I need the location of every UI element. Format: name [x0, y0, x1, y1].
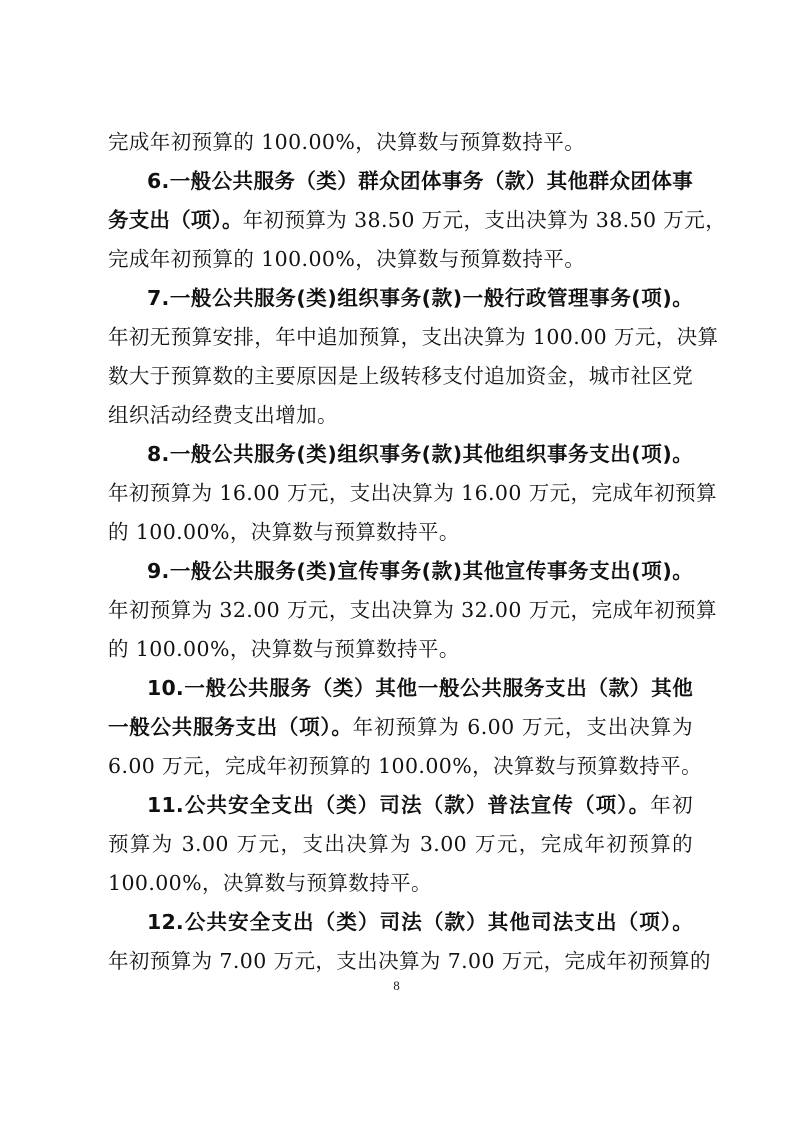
paragraph-line: 年初预算为 7.00 万元，支出决算为 7.00 万元，完成年初预算的	[108, 944, 693, 978]
document-page: 完成年初预算的 100.00%，决算数与预算数持平。 6.一般公共服务（类）群众…	[0, 0, 793, 1122]
heading-text: 10.一般公共服务（类）其他一般公共服务支出（款）其他	[147, 676, 693, 700]
paragraph-line: 年初预算为 32.00 万元，支出决算为 32.00 万元，完成年初预算	[108, 593, 693, 627]
heading-text: 务支出（项）。	[108, 208, 243, 232]
body-text: 年初	[650, 793, 693, 817]
item-9-heading: 9.一般公共服务(类)宣传事务(款)其他宣传事务支出(项)。	[147, 554, 693, 588]
paragraph-line: 100.00%，决算数与预算数持平。	[108, 866, 693, 900]
paragraph-line: 6.00 万元，完成年初预算的 100.00%，决算数与预算数持平。	[108, 749, 693, 783]
body-text: 年初预算为 16.00 万元，支出决算为 16.00 万元，完成年初预算	[108, 481, 717, 505]
body-text: 年初预算为 32.00 万元，支出决算为 32.00 万元，完成年初预算	[108, 598, 717, 622]
item-11-heading: 11.公共安全支出（类）司法（款）普法宣传（项）。年初	[147, 788, 693, 822]
heading-text: 8.一般公共服务(类)组织事务(款)其他组织事务支出(项)。	[147, 442, 693, 466]
paragraph-line: 年初预算为 16.00 万元，支出决算为 16.00 万元，完成年初预算	[108, 476, 693, 510]
heading-text: 11.公共安全支出（类）司法（款）普法宣传（项）。	[147, 793, 650, 817]
paragraph-line: 的 100.00%，决算数与预算数持平。	[108, 515, 693, 549]
body-text: 数大于预算数的主要原因是上级转移支付追加资金，城市社区党	[108, 364, 693, 388]
body-text: 年初预算为 38.50 万元，支出决算为 38.50 万元，	[243, 208, 726, 232]
paragraph-line: 完成年初预算的 100.00%，决算数与预算数持平。	[108, 125, 693, 159]
body-text: 年初预算为 7.00 万元，支出决算为 7.00 万元，完成年初预算的	[108, 949, 711, 973]
body-text: 完成年初预算的 100.00%，决算数与预算数持平。	[108, 247, 585, 271]
body-text: 100.00%，决算数与预算数持平。	[108, 871, 432, 895]
paragraph-line: 预算为 3.00 万元，支出决算为 3.00 万元，完成年初预算的	[108, 827, 693, 861]
body-text: 组织活动经费支出增加。	[108, 403, 338, 427]
heading-text: 12.公共安全支出（类）司法（款）其他司法支出（项）。	[147, 910, 693, 934]
body-text: 年初预算为 6.00 万元，支出决算为	[353, 715, 693, 739]
item-6-heading: 6.一般公共服务（类）群众团体事务（款）其他群众团体事	[147, 164, 693, 198]
item-8-heading: 8.一般公共服务(类)组织事务(款)其他组织事务支出(项)。	[147, 437, 693, 471]
paragraph-line: 的 100.00%，决算数与预算数持平。	[108, 632, 693, 666]
heading-text: 9.一般公共服务(类)宣传事务(款)其他宣传事务支出(项)。	[147, 559, 693, 583]
paragraph-line: 组织活动经费支出增加。	[108, 398, 693, 432]
body-text: 6.00 万元，完成年初预算的 100.00%，决算数与预算数持平。	[108, 754, 702, 778]
body-text: 完成年初预算的 100.00%，决算数与预算数持平。	[108, 130, 585, 154]
paragraph-line: 一般公共服务支出（项）。年初预算为 6.00 万元，支出决算为	[108, 710, 693, 744]
body-text: 预算为 3.00 万元，支出决算为 3.00 万元，完成年初预算的	[108, 832, 693, 856]
paragraph-line: 数大于预算数的主要原因是上级转移支付追加资金，城市社区党	[108, 359, 693, 393]
heading-text: 7.一般公共服务(类)组织事务(款)一般行政管理事务(项)。	[147, 286, 693, 310]
body-text: 的 100.00%，决算数与预算数持平。	[108, 520, 460, 544]
body-text: 的 100.00%，决算数与预算数持平。	[108, 637, 460, 661]
heading-text: 一般公共服务支出（项）。	[108, 715, 353, 739]
page-number: 8	[0, 978, 793, 994]
paragraph-line: 完成年初预算的 100.00%，决算数与预算数持平。	[108, 242, 693, 276]
paragraph-line: 务支出（项）。年初预算为 38.50 万元，支出决算为 38.50 万元，	[108, 203, 693, 237]
item-12-heading: 12.公共安全支出（类）司法（款）其他司法支出（项）。	[147, 905, 693, 939]
heading-text: 6.一般公共服务（类）群众团体事务（款）其他群众团体事	[147, 169, 693, 193]
item-7-heading: 7.一般公共服务(类)组织事务(款)一般行政管理事务(项)。	[147, 281, 693, 315]
body-text: 年初无预算安排，年中追加预算，支出决算为 100.00 万元，决算	[108, 325, 718, 349]
item-10-heading: 10.一般公共服务（类）其他一般公共服务支出（款）其他	[147, 671, 693, 705]
paragraph-line: 年初无预算安排，年中追加预算，支出决算为 100.00 万元，决算	[108, 320, 693, 354]
